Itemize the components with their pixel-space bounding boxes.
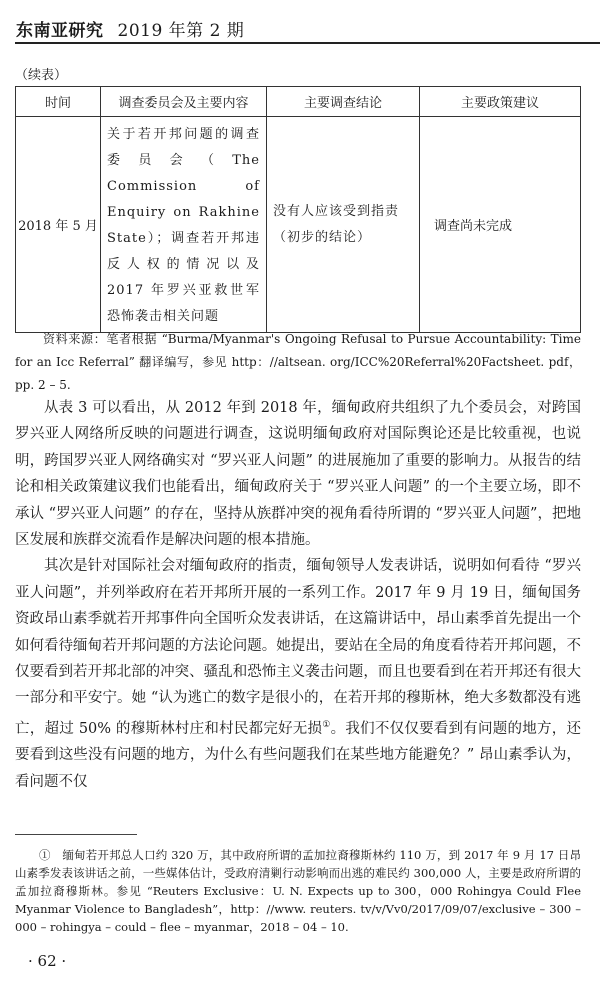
journal-title: 东南亚研究 <box>16 21 104 41</box>
column-header-time: 时间 <box>16 87 101 117</box>
body-text: 从表 3 可以看出，从 2012 年到 2018 年，缅甸政府共组织了九个委员会… <box>15 395 581 795</box>
footnote-ref[interactable]: ① <box>322 720 330 730</box>
page-number: · 62 · <box>28 952 66 970</box>
cell-recommendation: 调查尚未完成 <box>420 117 581 333</box>
column-header-conclusion: 主要调查结论 <box>267 87 420 117</box>
table-source-note: 资料来源：笔者根据 “Burma/Myanmar's Ongoing Refus… <box>15 328 581 397</box>
footnote-rule <box>15 834 137 835</box>
table-header-row: 时间 调查委员会及主要内容 主要调查结论 主要政策建议 <box>16 87 581 117</box>
table-continued-label: （续表） <box>15 64 67 83</box>
footnote: ① 缅甸若开邦总人口约 320 万，其中政府所谓的孟加拉裔穆斯林约 110 万，… <box>15 846 581 936</box>
paragraph: 其次是针对国际社会对缅甸政府的指责，缅甸领导人发表讲话，说明如何看待 “罗兴亚人… <box>15 553 581 794</box>
paragraph-text: 其次是针对国际社会对缅甸政府的指责，缅甸领导人发表讲话，说明如何看待 “罗兴亚人… <box>15 558 581 736</box>
column-header-committee: 调查委员会及主要内容 <box>101 87 267 117</box>
table-row: 2018 年 5 月 关于若开邦问题的调查委员会（The Commission … <box>16 117 581 333</box>
header-rule <box>15 42 600 44</box>
column-header-recommendation: 主要政策建议 <box>420 87 581 117</box>
cell-time: 2018 年 5 月 <box>16 117 101 333</box>
paragraph: 从表 3 可以看出，从 2012 年到 2018 年，缅甸政府共组织了九个委员会… <box>15 395 581 553</box>
running-header: 东南亚研究2019 年第 2 期 <box>16 16 244 41</box>
commission-table: 时间 调查委员会及主要内容 主要调查结论 主要政策建议 2018 年 5 月 关… <box>15 86 581 333</box>
issue-label: 2019 年第 2 期 <box>118 21 245 41</box>
cell-committee: 关于若开邦问题的调查委员会（The Commission of Enquiry … <box>101 117 267 333</box>
cell-conclusion: 没有人应该受到指责（初步的结论） <box>267 117 420 333</box>
